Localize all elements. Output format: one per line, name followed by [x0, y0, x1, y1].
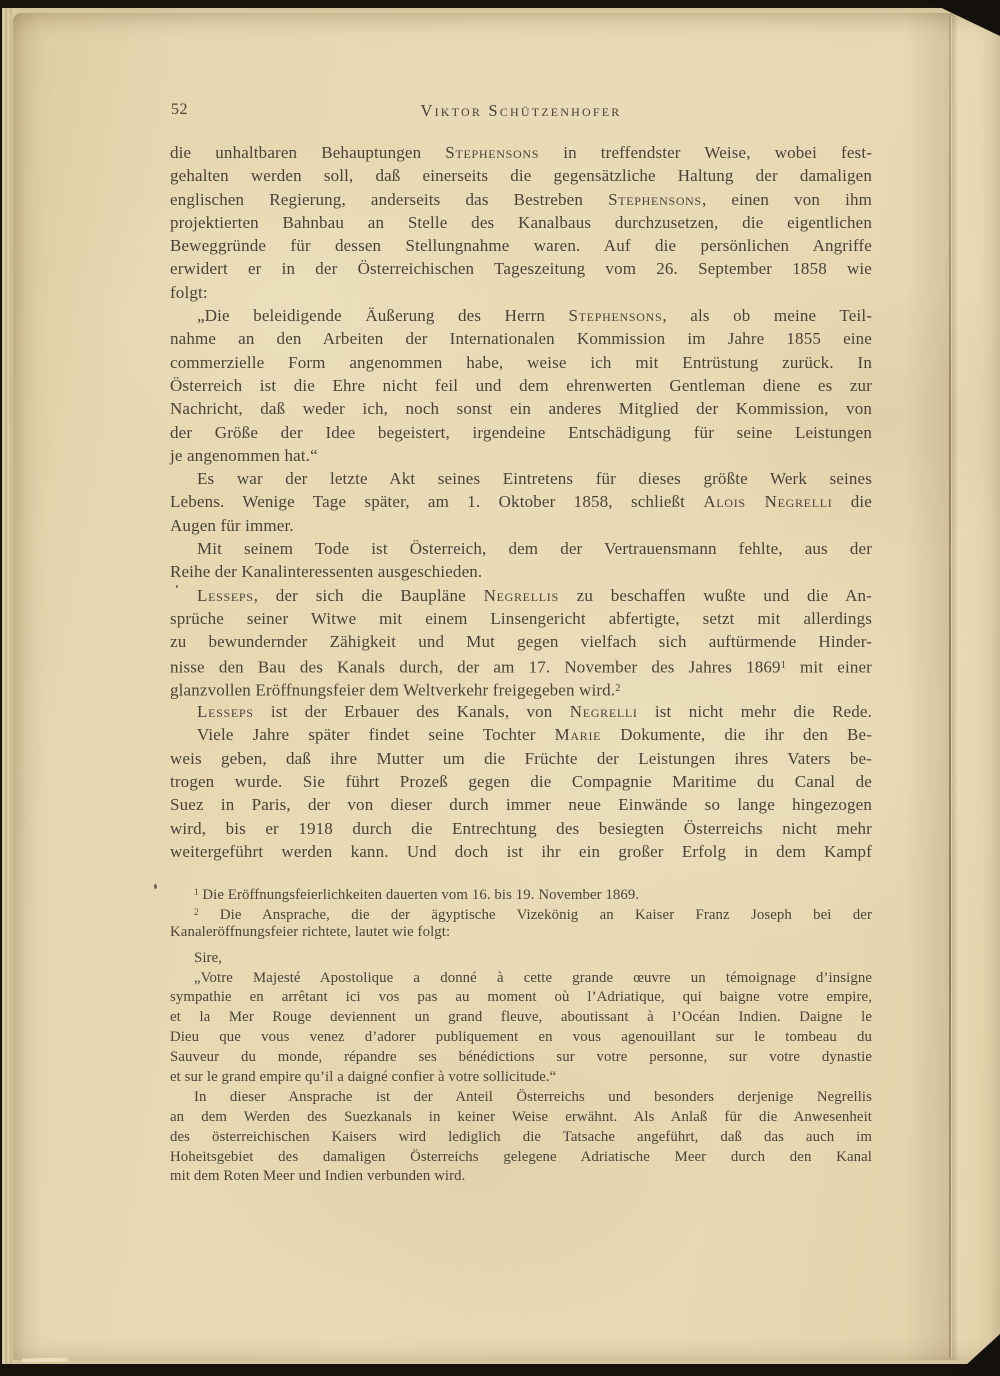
text-segment: Beweggründe für dessen Stellungnahme war…: [170, 236, 872, 255]
text-segment: sympathie en arrêtant ici vos pas au mom…: [170, 989, 872, 1005]
text-line: Österreich ist die Ehre nicht feil und d…: [170, 374, 872, 397]
text-line: gehalten werden soll, daß einerseits die…: [170, 164, 872, 187]
text-segment: et sur le grand empire qu’il a daigné co…: [170, 1069, 556, 1085]
text-line: Suez in Paris, der von dieser durch imme…: [170, 793, 872, 816]
text-line: sprüche seiner Witwe mit einem Linsenger…: [170, 607, 872, 630]
text-segment: „Votre Majesté Apostolique a donné à cet…: [194, 970, 872, 986]
text-segment: Es war der letzte Akt seines Eintretens …: [197, 469, 872, 488]
text-segment: „Die beleidigende Äußerung des Herrn: [197, 306, 569, 325]
text-segment: die unhaltbaren Behauptungen: [170, 143, 445, 162]
paragraph: Lesseps, der sich die Baupläne Negrellis…: [170, 584, 872, 700]
text-column: 52 Viktor Schützenhofer die unhaltbaren …: [170, 0, 872, 1376]
text-line: In dieser Ansprache ist der Anteil Öster…: [170, 1088, 872, 1108]
text-line: Sauveur du monde, répandre ses bénédicti…: [170, 1048, 872, 1068]
text-line: „Die beleidigende Äußerung des Herrn Ste…: [170, 304, 872, 327]
text-line: et la Mer Rouge deviennent un grand fleu…: [170, 1008, 872, 1028]
small-caps-name: Negrellis: [484, 586, 559, 605]
paragraph: die unhaltbaren Behauptungen Stephensons…: [170, 141, 872, 304]
text-segment: folgt:: [170, 283, 208, 302]
text-segment: trogen wurde. Sie führt Prozeß gegen die…: [170, 772, 872, 791]
text-segment: weis geben, daß ihre Mutter um die Früch…: [170, 749, 872, 768]
text-segment: ist nicht mehr die Rede.: [638, 702, 872, 721]
small-caps-name: Negrelli: [570, 702, 638, 721]
text-segment: Dieu que vous venez d’adorer publiquemen…: [170, 1029, 872, 1045]
page-edge-highlight: [22, 1358, 68, 1363]
text-segment: nahme an den Arbeiten der Internationale…: [170, 329, 872, 348]
text-line: zu bewundernder Zähigkeit und Mut gegen …: [170, 630, 872, 653]
text-line: trogen wurde. Sie führt Prozeß gegen die…: [170, 770, 872, 793]
text-segment: des österreichischen Kaisers wird ledigl…: [170, 1129, 872, 1145]
text-line: wird, bis er 1918 durch die Entrechtung …: [170, 817, 872, 840]
text-line: weis geben, daß ihre Mutter um die Früch…: [170, 747, 872, 770]
text-line: an dem Werden des Suezkanals in keiner W…: [170, 1108, 872, 1128]
text-line: projektierten Bahnbau an Stelle des Kana…: [170, 211, 872, 234]
text-line: „Votre Majesté Apostolique a donné à cet…: [170, 969, 872, 989]
text-line: Dieu que vous venez d’adorer publiquemen…: [170, 1028, 872, 1048]
text-line: Kanaleröffnungsfeier richtete, lautet wi…: [170, 923, 872, 943]
text-segment: Augen für immer.: [170, 516, 294, 535]
paragraph: „Votre Majesté Apostolique a donné à cet…: [170, 969, 872, 1088]
body-text: die unhaltbaren Behauptungen Stephensons…: [170, 141, 872, 863]
gutter-fold-line: [949, 16, 951, 1358]
running-head: 52 Viktor Schützenhofer: [170, 101, 872, 123]
text-line: je angenommen hat.“: [170, 444, 872, 467]
text-line: weitergeführt werden kann. Und doch ist …: [170, 840, 872, 863]
text-line: nahme an den Arbeiten der Internationale…: [170, 327, 872, 350]
text-segment: erwidert er in der Österreichischen Tage…: [170, 259, 872, 278]
text-segment: an dem Werden des Suezkanals in keiner W…: [170, 1109, 872, 1125]
small-caps-name: Stephensons: [445, 143, 539, 162]
text-line: Hoheitsgebiet des damaligen Österreichs …: [170, 1148, 872, 1168]
text-line: glanzvollen Eröffnungsfeier dem Weltverk…: [170, 677, 872, 700]
text-line: 2 Die Ansprache, die der ägyptische Vize…: [170, 903, 872, 923]
text-line: 1 Die Eröffnungsfeierlichkeiten dauerten…: [170, 883, 872, 903]
paragraph: „Die beleidigende Äußerung des Herrn Ste…: [170, 304, 872, 467]
text-line: Beweggründe für dessen Stellungnahme war…: [170, 234, 872, 257]
paragraph: Lesseps ist der Erbauer des Kanals, von …: [170, 700, 872, 723]
text-segment: , als ob meine Teil-: [662, 306, 872, 325]
text-segment: ist der Erbauer des Kanals, von: [254, 702, 570, 721]
text-line: sympathie en arrêtant ici vos pas au mom…: [170, 988, 872, 1008]
text-line: Lebens. Wenige Tage später, am 1. Oktobe…: [170, 490, 872, 513]
text-segment: Österreich ist die Ehre nicht feil und d…: [170, 376, 872, 395]
text-segment: Nachricht, daß weder ich, noch sonst ein…: [170, 399, 872, 418]
text-line: folgt:: [170, 281, 872, 304]
paragraph: In dieser Ansprache ist der Anteil Öster…: [170, 1088, 872, 1187]
text-segment: Die Ansprache, die der ägyptische Vizekö…: [199, 907, 872, 923]
text-line: Lesseps, der sich die Baupläne Negrellis…: [170, 584, 872, 607]
text-segment: Sauveur du monde, répandre ses bénédicti…: [170, 1049, 872, 1065]
text-segment: weitergeführt werden kann. Und doch ist …: [170, 842, 872, 861]
text-segment: Lebens. Wenige Tage später, am 1. Oktobe…: [170, 492, 703, 511]
text-segment: mit einer: [786, 657, 872, 676]
text-line: Viele Jahre später findet seine Tochter …: [170, 723, 872, 746]
paragraph: Es war der letzte Akt seines Eintretens …: [170, 467, 872, 537]
text-line: Lesseps ist der Erbauer des Kanals, von …: [170, 700, 872, 723]
ink-speck: [154, 884, 157, 889]
text-segment: , der sich die Baupläne: [254, 586, 484, 605]
text-segment: Mit seinem Tode ist Österreich, dem der …: [197, 539, 872, 558]
small-caps-name: Stephensons: [608, 190, 702, 209]
text-line: Es war der letzte Akt seines Eintretens …: [170, 467, 872, 490]
footnote-marker: 2: [615, 683, 620, 694]
text-segment: Reihe der Kanalinteressenten ausgeschied…: [170, 562, 482, 581]
text-segment: mit dem Roten Meer und Indien verbunden …: [170, 1168, 465, 1184]
text-line: Reihe der Kanalinteressenten ausgeschied…: [170, 560, 872, 583]
small-caps-name: Marie: [555, 725, 602, 744]
text-line: erwidert er in der Österreichischen Tage…: [170, 257, 872, 280]
text-segment: zu beschaffen wußte und die An-: [559, 586, 872, 605]
small-caps-name: Lesseps: [197, 702, 254, 721]
paragraph: Sire,: [170, 949, 872, 969]
text-segment: in treffendster Weise, wobei fest-: [539, 143, 872, 162]
text-segment: Sire,: [194, 950, 222, 966]
paragraph: Viele Jahre später findet seine Tochter …: [170, 723, 872, 863]
text-segment: glanzvollen Eröffnungsfeier dem Weltverk…: [170, 681, 615, 700]
footnotes: 1 Die Eröffnungsfeierlichkeiten dauerten…: [170, 883, 872, 1187]
text-segment: projektierten Bahnbau an Stelle des Kana…: [170, 213, 872, 232]
text-segment: gehalten werden soll, daß einerseits die…: [170, 166, 872, 185]
text-segment: Die Eröffnungsfeierlichkeiten dauerten v…: [199, 887, 640, 903]
text-segment: englischen Regierung, anderseits das Bes…: [170, 190, 608, 209]
small-caps-name: Stephensons: [569, 306, 663, 325]
text-line: Nachricht, daß weder ich, noch sonst ein…: [170, 397, 872, 420]
paragraph: 1 Die Eröffnungsfeierlichkeiten dauerten…: [170, 883, 872, 903]
text-line: Mit seinem Tode ist Österreich, dem der …: [170, 537, 872, 560]
text-line: mit dem Roten Meer und Indien verbunden …: [170, 1167, 872, 1187]
text-segment: die: [832, 492, 872, 511]
paragraph: 2 Die Ansprache, die der ägyptische Vize…: [170, 903, 872, 943]
small-caps-name: Alois Negrelli: [703, 492, 832, 511]
text-line: nisse den Bau des Kanals durch, der am 1…: [170, 654, 872, 677]
text-segment: Suez in Paris, der von dieser durch imme…: [170, 795, 872, 814]
text-segment: zu bewundernder Zähigkeit und Mut gegen …: [170, 632, 872, 651]
text-segment: Viele Jahre später findet seine Tochter: [197, 725, 555, 744]
text-segment: et la Mer Rouge deviennent un grand fleu…: [170, 1009, 872, 1025]
text-line: et sur le grand empire qu’il a daigné co…: [170, 1068, 872, 1088]
text-segment: je angenommen hat.“: [170, 446, 318, 465]
text-line: Sire,: [170, 949, 872, 969]
text-line: englischen Regierung, anderseits das Bes…: [170, 188, 872, 211]
text-line: Augen für immer.: [170, 514, 872, 537]
text-segment: Dokumente, die ihr den Be-: [601, 725, 872, 744]
text-line: des österreichischen Kaisers wird ledigl…: [170, 1128, 872, 1148]
text-segment: wird, bis er 1918 durch die Entrechtung …: [170, 819, 872, 838]
text-line: commerzielle Form angenommen habe, weise…: [170, 351, 872, 374]
text-segment: , einen von ihm: [702, 190, 872, 209]
text-segment: Kanaleröffnungsfeier richtete, lautet wi…: [170, 924, 450, 940]
text-segment: In dieser Ansprache ist der Anteil Öster…: [194, 1089, 872, 1105]
text-line: der Größe der Idee begeistert, irgendein…: [170, 421, 872, 444]
text-segment: nisse den Bau des Kanals durch, der am 1…: [170, 657, 781, 676]
paragraph: Mit seinem Tode ist Österreich, dem der …: [170, 537, 872, 584]
text-segment: sprüche seiner Witwe mit einem Linsenger…: [170, 609, 872, 628]
text-segment: commerzielle Form angenommen habe, weise…: [170, 353, 872, 372]
small-caps-name: Lesseps: [197, 586, 254, 605]
text-segment: der Größe der Idee begeistert, irgendein…: [170, 423, 872, 442]
text-line: die unhaltbaren Behauptungen Stephensons…: [170, 141, 872, 164]
text-segment: Hoheitsgebiet des damaligen Österreichs …: [170, 1149, 872, 1165]
running-header-title: Viktor Schützenhofer: [170, 101, 872, 121]
